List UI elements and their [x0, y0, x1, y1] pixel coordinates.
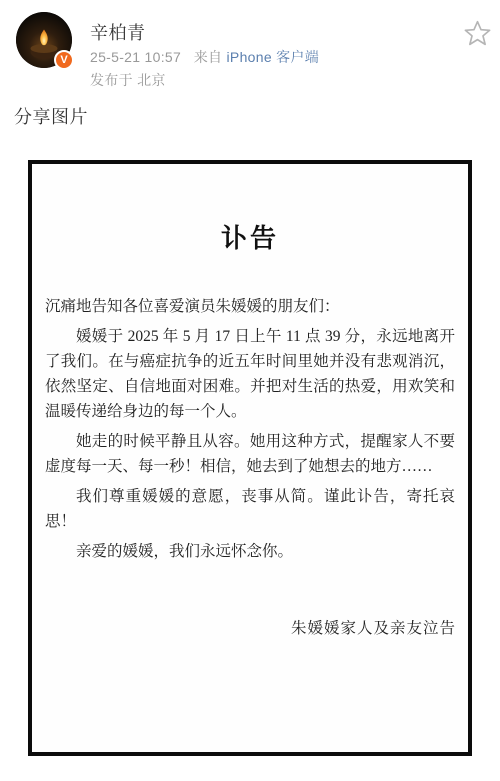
source-prefix: 来自 [194, 49, 223, 65]
obituary-title: 讣告 [32, 218, 468, 255]
source-link[interactable]: iPhone 客户端 [227, 49, 319, 65]
obituary-image[interactable]: 讣告 沉痛地告知各位喜爱演员朱媛媛的朋友们： 媛媛于 2025 年 5 月 17… [28, 160, 472, 756]
obituary-body: 沉痛地告知各位喜爱演员朱媛媛的朋友们： 媛媛于 2025 年 5 月 17 日上… [45, 294, 455, 569]
obituary-paragraph: 她走的时候平静且从容。她用这种方式，提醒家人不要虚度每一天、每一秒！相信，她去到… [45, 429, 455, 479]
favorite-button[interactable] [461, 17, 493, 49]
obituary-paragraph: 媛媛于 2025 年 5 月 17 日上午 11 点 39 分，永远地离开了我们… [45, 324, 455, 424]
verified-badge-letter: V [60, 55, 67, 66]
post-location: 发布于 北京 [90, 70, 166, 90]
obituary-paragraph: 亲爱的媛媛，我们永远怀念你。 [45, 539, 455, 564]
obituary-signature: 朱媛媛家人及亲友泣告 [291, 616, 456, 638]
star-icon [463, 19, 492, 48]
post-meta: 25-5-21 10:57 来自 iPhone 客户端 [90, 47, 319, 67]
verified-badge-icon: V [54, 50, 74, 70]
author-username[interactable]: 辛柏青 [90, 19, 146, 45]
post-content-text: 分享图片 [14, 103, 88, 129]
obituary-paragraph: 我们尊重媛媛的意愿，丧事从简。谨此讣告，寄托哀思！ [45, 484, 455, 534]
post-timestamp: 25-5-21 10:57 [90, 49, 181, 65]
obituary-paragraph: 沉痛地告知各位喜爱演员朱媛媛的朋友们： [45, 294, 455, 319]
weibo-post: V 辛柏青 25-5-21 10:57 来自 iPhone 客户端 发布于 北京… [0, 0, 500, 781]
